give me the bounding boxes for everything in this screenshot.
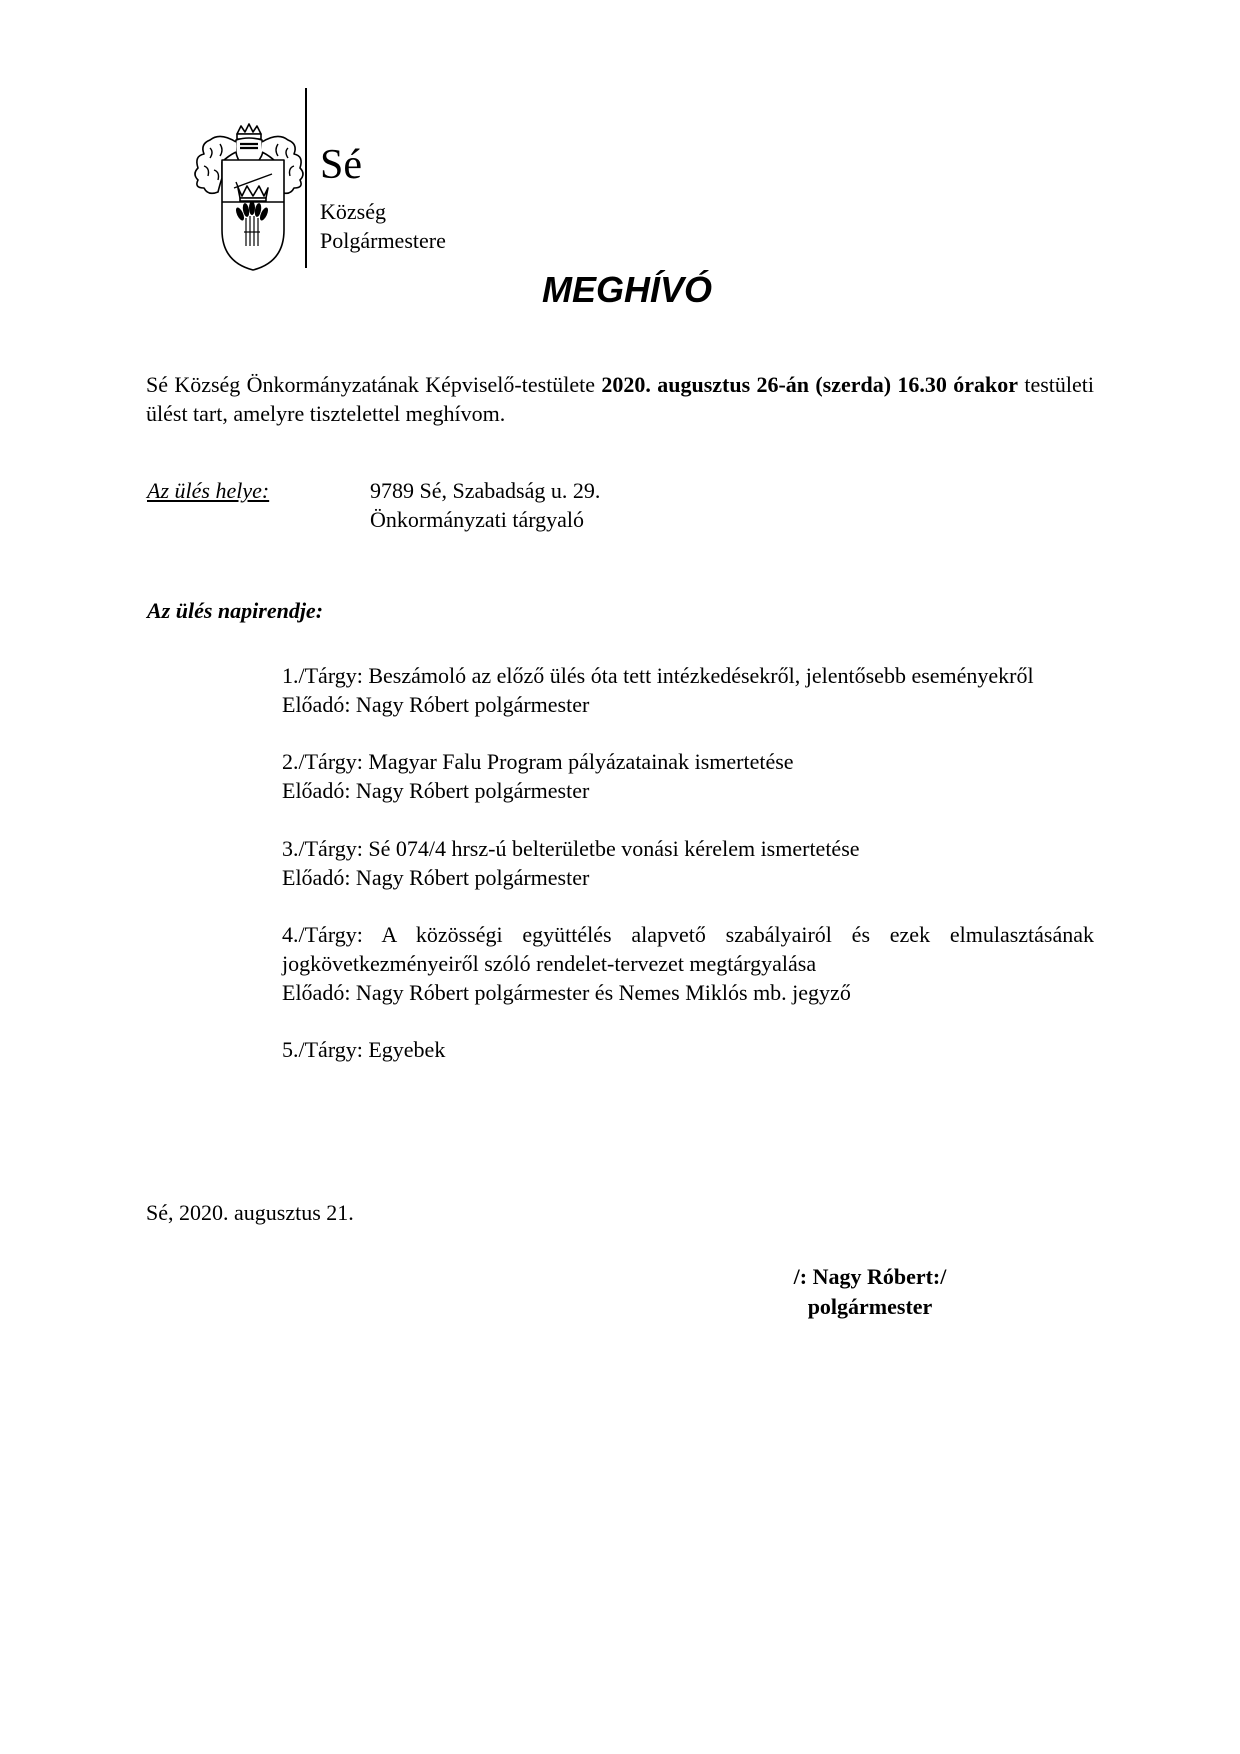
agenda-subject: 3./Tárgy: Sé 074/4 hrsz-ú belterületbe v… <box>282 835 1094 864</box>
coat-of-arms-icon <box>190 122 308 272</box>
agenda-item: 3./Tárgy: Sé 074/4 hrsz-ú belterületbe v… <box>282 835 1094 893</box>
agenda-presenter: Előadó: Nagy Róbert polgármester <box>282 777 1094 806</box>
agenda-item: 4./Tárgy: A közösségi együttélés alapvet… <box>282 921 1094 1007</box>
intro-paragraph: Sé Község Önkormányzatának Képviselő-tes… <box>146 370 1094 428</box>
place-date: Sé, 2020. augusztus 21. <box>146 1198 354 1227</box>
venue-room: Önkormányzati tárgyaló <box>370 505 584 534</box>
meeting-datetime: 2020. augusztus 26-án (szerda) 16.30 óra… <box>601 372 1018 397</box>
agenda-item: 2./Tárgy: Magyar Falu Program pályázatai… <box>282 748 1094 806</box>
intro-text-before: Sé Község Önkormányzatának Képviselő-tes… <box>146 372 601 397</box>
org-type: Község <box>320 198 386 226</box>
agenda-subject: 1./Tárgy: Beszámoló az előző ülés óta te… <box>282 662 1094 691</box>
document-title: MEGHÍVÓ <box>0 268 1240 312</box>
agenda-item: 5./Tárgy: Egyebek <box>282 1036 1094 1065</box>
agenda-item: 1./Tárgy: Beszámoló az előző ülés óta te… <box>282 662 1094 720</box>
agenda-subject: 4./Tárgy: A közösségi együttélés alapvet… <box>282 921 1094 979</box>
agenda-presenter: Előadó: Nagy Róbert polgármester <box>282 691 1094 720</box>
signature-role: polgármester <box>740 1292 1000 1322</box>
agenda-heading: Az ülés napirendje: <box>147 596 323 625</box>
agenda-subject: 2./Tárgy: Magyar Falu Program pályázatai… <box>282 748 1094 777</box>
signature-name: /: Nagy Róbert:/ <box>740 1262 1000 1292</box>
agenda-presenter: Előadó: Nagy Róbert polgármester <box>282 864 1094 893</box>
venue-address: 9789 Sé, Szabadság u. 29. <box>370 476 600 505</box>
letterhead-divider <box>305 88 307 268</box>
agenda-subject: 5./Tárgy: Egyebek <box>282 1036 1094 1065</box>
venue-label: Az ülés helye: <box>147 476 269 505</box>
org-name: Sé <box>320 140 362 190</box>
agenda-presenter: Előadó: Nagy Róbert polgármester és Neme… <box>282 979 1094 1008</box>
agenda-list: 1./Tárgy: Beszámoló az előző ülés óta te… <box>282 662 1094 1094</box>
org-office: Polgármestere <box>320 227 446 255</box>
